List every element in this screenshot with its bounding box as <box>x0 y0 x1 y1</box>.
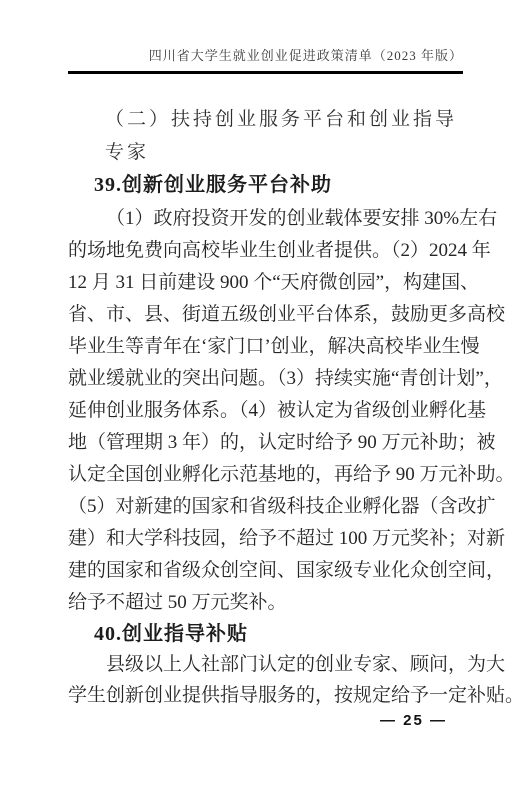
section-heading: （二）扶持创业服务平台和创业指导专家 <box>68 103 463 169</box>
paragraph-line: 的场地免费向高校毕业生创业者提供。（2）2024 年 <box>68 235 463 267</box>
paragraph-line: 地（管理期 3 年）的，认定时给予 90 万元补助；被 <box>68 427 463 459</box>
item-39-heading: 39.创新创业服务平台补助 <box>68 169 463 202</box>
header-rule <box>68 71 463 74</box>
paragraph-line: 12 月 31 日前建设 900 个“天府微创园”，构建国、 <box>68 267 463 299</box>
paragraph-line: （1）政府投资开发的创业载体要安排 30%左右 <box>68 203 463 235</box>
paragraph-line: 给予不超过 50 万元奖补。 <box>68 587 463 619</box>
page-number: — 25 — <box>380 712 447 729</box>
running-header-title: 四川省大学生就业创业促进政策清单（2023 年版） <box>68 46 463 66</box>
paragraph-line: 省、市、县、街道五级创业平台体系，鼓励更多高校 <box>68 299 463 331</box>
paragraph-line: 学生创新创业提供指导服务的，按规定给予一定补贴。 <box>68 681 463 712</box>
paragraph-line: 县级以上人社部门认定的创业专家、顾问，为大 <box>68 650 463 681</box>
paragraph-line: 延伸创业服务体系。（4）被认定为省级创业孵化基 <box>68 395 463 427</box>
document-body: （二）扶持创业服务平台和创业指导专家 39.创新创业服务平台补助 （1）政府投资… <box>68 103 463 711</box>
paragraph-line: 认定全国创业孵化示范基地的，再给予 90 万元补助。 <box>68 459 463 491</box>
paragraph-line: （5）对新建的国家和省级科技企业孵化器（含改扩 <box>68 491 463 523</box>
paragraph-40: 县级以上人社部门认定的创业专家、顾问，为大 学生创新创业提供指导服务的，按规定给… <box>68 650 463 711</box>
paragraph-line: 建）和大学科技园，给予不超过 100 万元奖补；对新 <box>68 523 463 555</box>
paragraph-line: 毕业生等青年在‘家门口’创业，解决高校毕业生慢 <box>68 331 463 363</box>
paragraph-line: 建的国家和省级众创空间、国家级专业化众创空间， <box>68 555 463 587</box>
item-40-heading: 40.创业指导补贴 <box>68 619 463 649</box>
paragraph-line: 就业缓就业的突出问题。（3）持续实施“青创计划”， <box>68 363 463 395</box>
document-page: 四川省大学生就业创业促进政策清单（2023 年版） （二）扶持创业服务平台和创业… <box>0 0 529 794</box>
paragraph-39: （1）政府投资开发的创业载体要安排 30%左右 的场地免费向高校毕业生创业者提供… <box>68 203 463 619</box>
